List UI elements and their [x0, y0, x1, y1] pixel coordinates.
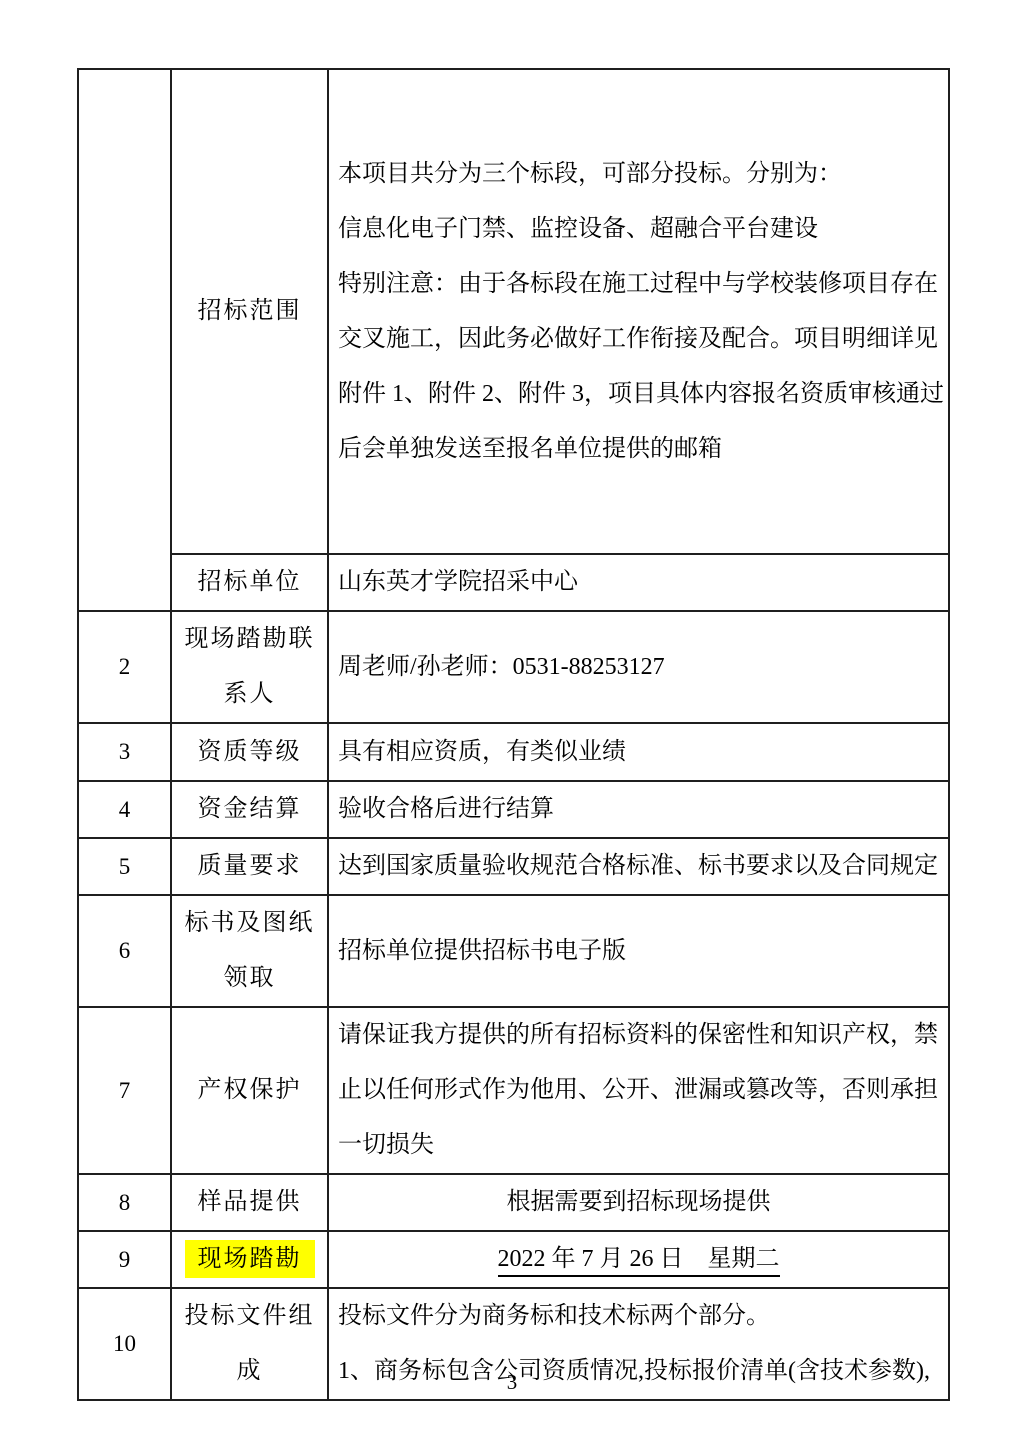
ip-line-3: 一切损失 — [338, 1118, 944, 1173]
row-number-2: 2 — [78, 611, 171, 723]
label-document-drawing-collection: 标书及图纸领取 — [171, 895, 328, 1007]
scope-line-4: 交叉施工，因此务必做好工作衔接及配合。项目明细详见 — [338, 312, 944, 367]
site-survey-highlight: 现场踏勘 — [185, 1240, 315, 1278]
document-page: 招标范围 本项目共分为三个标段，可部分投标。分别为： 信息化电子门禁、监控设备、… — [0, 0, 1024, 1448]
row-number-7: 7 — [78, 1007, 171, 1174]
content-quality-requirement: 达到国家质量验收规范合格标准、标书要求以及合同规定 — [328, 838, 949, 895]
table-row-5: 5 质量要求 达到国家质量验收规范合格标准、标书要求以及合同规定 — [78, 838, 949, 895]
row-number-5: 5 — [78, 838, 171, 895]
row-number-4: 4 — [78, 781, 171, 838]
table-row-bid-unit: 招标单位 山东英才学院招采中心 — [78, 554, 949, 611]
table-row-9: 9 现场踏勘 2022 年 7 月 26 日 星期二 — [78, 1231, 949, 1288]
label-bid-scope: 招标范围 — [171, 69, 328, 554]
table-row-6: 6 标书及图纸领取 招标单位提供招标书电子版 — [78, 895, 949, 1007]
site-survey-date-underlined: 2022 年 7 月 26 日 星期二 — [498, 1246, 780, 1277]
content-sample-provision: 根据需要到招标现场提供 — [328, 1174, 949, 1231]
ip-line-1: 请保证我方提供的所有招标资料的保密性和知识产权，禁 — [338, 1008, 944, 1063]
scope-line-3: 特别注意：由于各标段在施工过程中与学校装修项目存在 — [338, 257, 944, 312]
label-sample-provision: 样品提供 — [171, 1174, 328, 1231]
scope-line-5: 附件 1、附件 2、附件 3，项目具体内容报名资质审核通过 — [338, 367, 944, 422]
row-number-9: 9 — [78, 1231, 171, 1288]
table-row-scope: 招标范围 本项目共分为三个标段，可部分投标。分别为： 信息化电子门禁、监控设备、… — [78, 69, 949, 554]
row-number-6: 6 — [78, 895, 171, 1007]
content-fund-settlement: 验收合格后进行结算 — [328, 781, 949, 838]
table-row-3: 3 资质等级 具有相应资质，有类似业绩 — [78, 723, 949, 781]
scope-line-1: 本项目共分为三个标段，可部分投标。分别为： — [338, 147, 944, 202]
content-site-survey-contact: 周老师/孙老师：0531-88253127 — [328, 611, 949, 723]
content-qualification-level: 具有相应资质，有类似业绩 — [328, 723, 949, 781]
label-fund-settlement: 资金结算 — [171, 781, 328, 838]
content-site-survey-date: 2022 年 7 月 26 日 星期二 — [328, 1231, 949, 1288]
composition-line-1: 投标文件分为商务标和技术标两个部分。 — [338, 1289, 944, 1344]
table-row-4: 4 资金结算 验收合格后进行结算 — [78, 781, 949, 838]
content-bid-scope: 本项目共分为三个标段，可部分投标。分别为： 信息化电子门禁、监控设备、超融合平台… — [328, 69, 949, 554]
label-qualification-level: 资质等级 — [171, 723, 328, 781]
label-ip-protection: 产权保护 — [171, 1007, 328, 1174]
content-ip-protection: 请保证我方提供的所有招标资料的保密性和知识产权，禁 止以任何形式作为他用、公开、… — [328, 1007, 949, 1174]
content-document-drawing-collection: 招标单位提供招标书电子版 — [328, 895, 949, 1007]
scope-line-6: 后会单独发送至报名单位提供的邮箱 — [338, 422, 944, 477]
label-site-survey: 现场踏勘 — [171, 1231, 328, 1288]
row-number-8: 8 — [78, 1174, 171, 1231]
row-number-cell-1 — [78, 69, 171, 611]
page-number: 3 — [0, 1370, 1024, 1395]
content-bid-unit: 山东英才学院招采中心 — [328, 554, 949, 611]
label-site-survey-contact: 现场踏勘联系人 — [171, 611, 328, 723]
table-row-7: 7 产权保护 请保证我方提供的所有招标资料的保密性和知识产权，禁 止以任何形式作… — [78, 1007, 949, 1174]
row-number-3: 3 — [78, 723, 171, 781]
table-row-2: 2 现场踏勘联系人 周老师/孙老师：0531-88253127 — [78, 611, 949, 723]
ip-line-2: 止以任何形式作为他用、公开、泄漏或篡改等，否则承担 — [338, 1063, 944, 1118]
label-bid-unit: 招标单位 — [171, 554, 328, 611]
table-row-8: 8 样品提供 根据需要到招标现场提供 — [78, 1174, 949, 1231]
scope-line-2: 信息化电子门禁、监控设备、超融合平台建设 — [338, 202, 944, 257]
label-quality-requirement: 质量要求 — [171, 838, 328, 895]
tender-info-table: 招标范围 本项目共分为三个标段，可部分投标。分别为： 信息化电子门禁、监控设备、… — [77, 68, 950, 1401]
